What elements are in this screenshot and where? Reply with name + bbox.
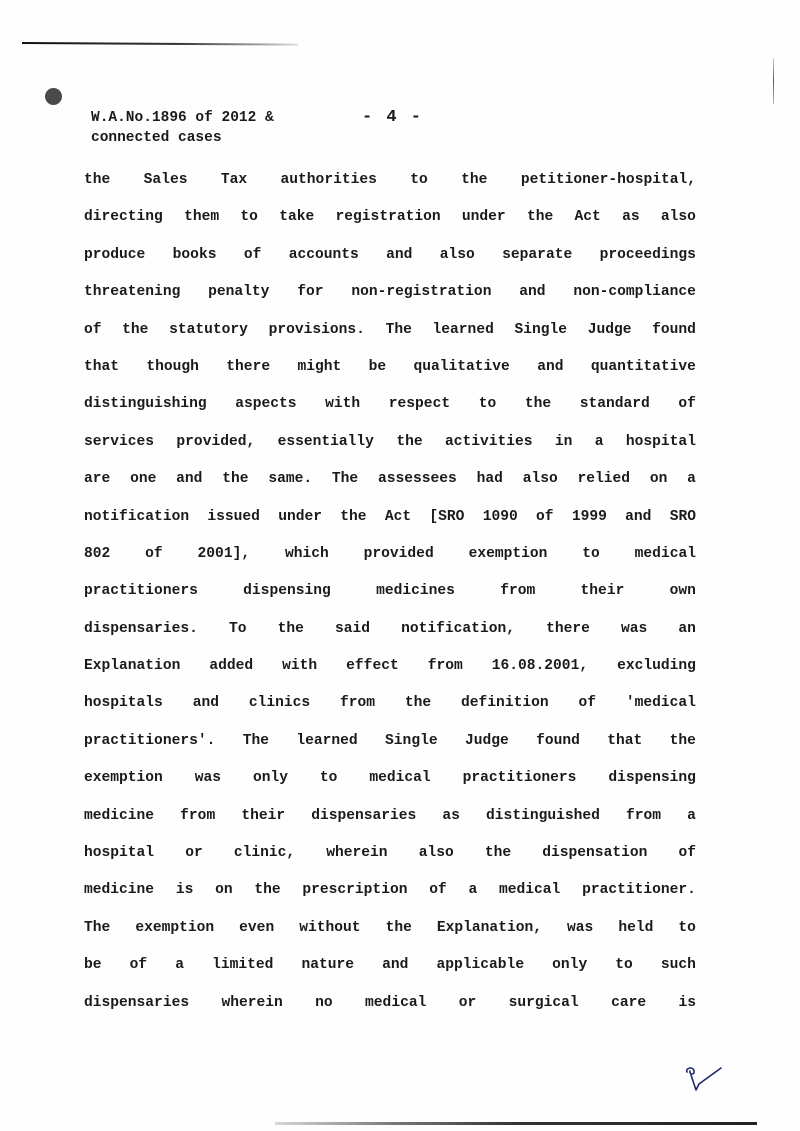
text-line: threateningpenaltyfornon-registrationand… bbox=[84, 282, 696, 319]
text-line: practitioners'.ThelearnedSingleJudgefoun… bbox=[84, 731, 696, 768]
text-line: hospitalorclinic,whereinalsothedispensat… bbox=[84, 843, 696, 880]
text-line: ofthestatutoryprovisions.ThelearnedSingl… bbox=[84, 320, 696, 357]
text-line: Explanationaddedwitheffectfrom16.08.2001… bbox=[84, 656, 696, 693]
text-line: hospitalsandclinicsfromthedefinitionof'm… bbox=[84, 693, 696, 730]
text-line: areoneandthesame.Theassesseeshadalsoreli… bbox=[84, 469, 696, 506]
margin-mark-line bbox=[773, 58, 774, 104]
bottom-divider-line bbox=[275, 1122, 757, 1125]
text-line: medicineisontheprescriptionofamedicalpra… bbox=[84, 880, 696, 917]
case-number: W.A.No.1896 of 2012 & bbox=[91, 108, 274, 128]
case-subtitle: connected cases bbox=[91, 128, 274, 148]
text-line: servicesprovided,essentiallytheactivitie… bbox=[84, 432, 696, 469]
scanned-page: W.A.No.1896 of 2012 & connected cases - … bbox=[0, 0, 800, 1131]
signature-icon bbox=[683, 1066, 723, 1096]
text-line: practitionersdispensingmedicinesfromthei… bbox=[84, 581, 696, 618]
text-line: directingthemtotakeregistrationundertheA… bbox=[84, 207, 696, 244]
text-line: beofalimitednatureandapplicableonlytosuc… bbox=[84, 955, 696, 992]
text-line: dispensaries.Tothesaidnotification,there… bbox=[84, 619, 696, 656]
text-line: exemptionwasonlytomedicalpractitionersdi… bbox=[84, 768, 696, 805]
text-line: dispensarieswhereinnomedicalorsurgicalca… bbox=[84, 993, 696, 1030]
case-header: W.A.No.1896 of 2012 & connected cases bbox=[91, 108, 274, 148]
page-number: - 4 - bbox=[362, 108, 423, 128]
text-line: TheexemptionevenwithouttheExplanation,wa… bbox=[84, 918, 696, 955]
text-line: notificationissuedundertheAct[SRO1090of1… bbox=[84, 507, 696, 544]
punch-hole-icon bbox=[45, 88, 62, 105]
text-line: theSalesTaxauthoritiestothepetitioner-ho… bbox=[84, 170, 696, 207]
text-line: producebooksofaccountsandalsoseparatepro… bbox=[84, 245, 696, 282]
body-paragraph: theSalesTaxauthoritiestothepetitioner-ho… bbox=[84, 170, 696, 1030]
text-line: medicinefromtheirdispensariesasdistingui… bbox=[84, 806, 696, 843]
top-divider-line bbox=[22, 42, 298, 46]
text-line: distinguishingaspectswithrespecttothesta… bbox=[84, 394, 696, 431]
text-line: 802of2001],whichprovidedexemptiontomedic… bbox=[84, 544, 696, 581]
text-line: thatthoughtheremightbequalitativeandquan… bbox=[84, 357, 696, 394]
